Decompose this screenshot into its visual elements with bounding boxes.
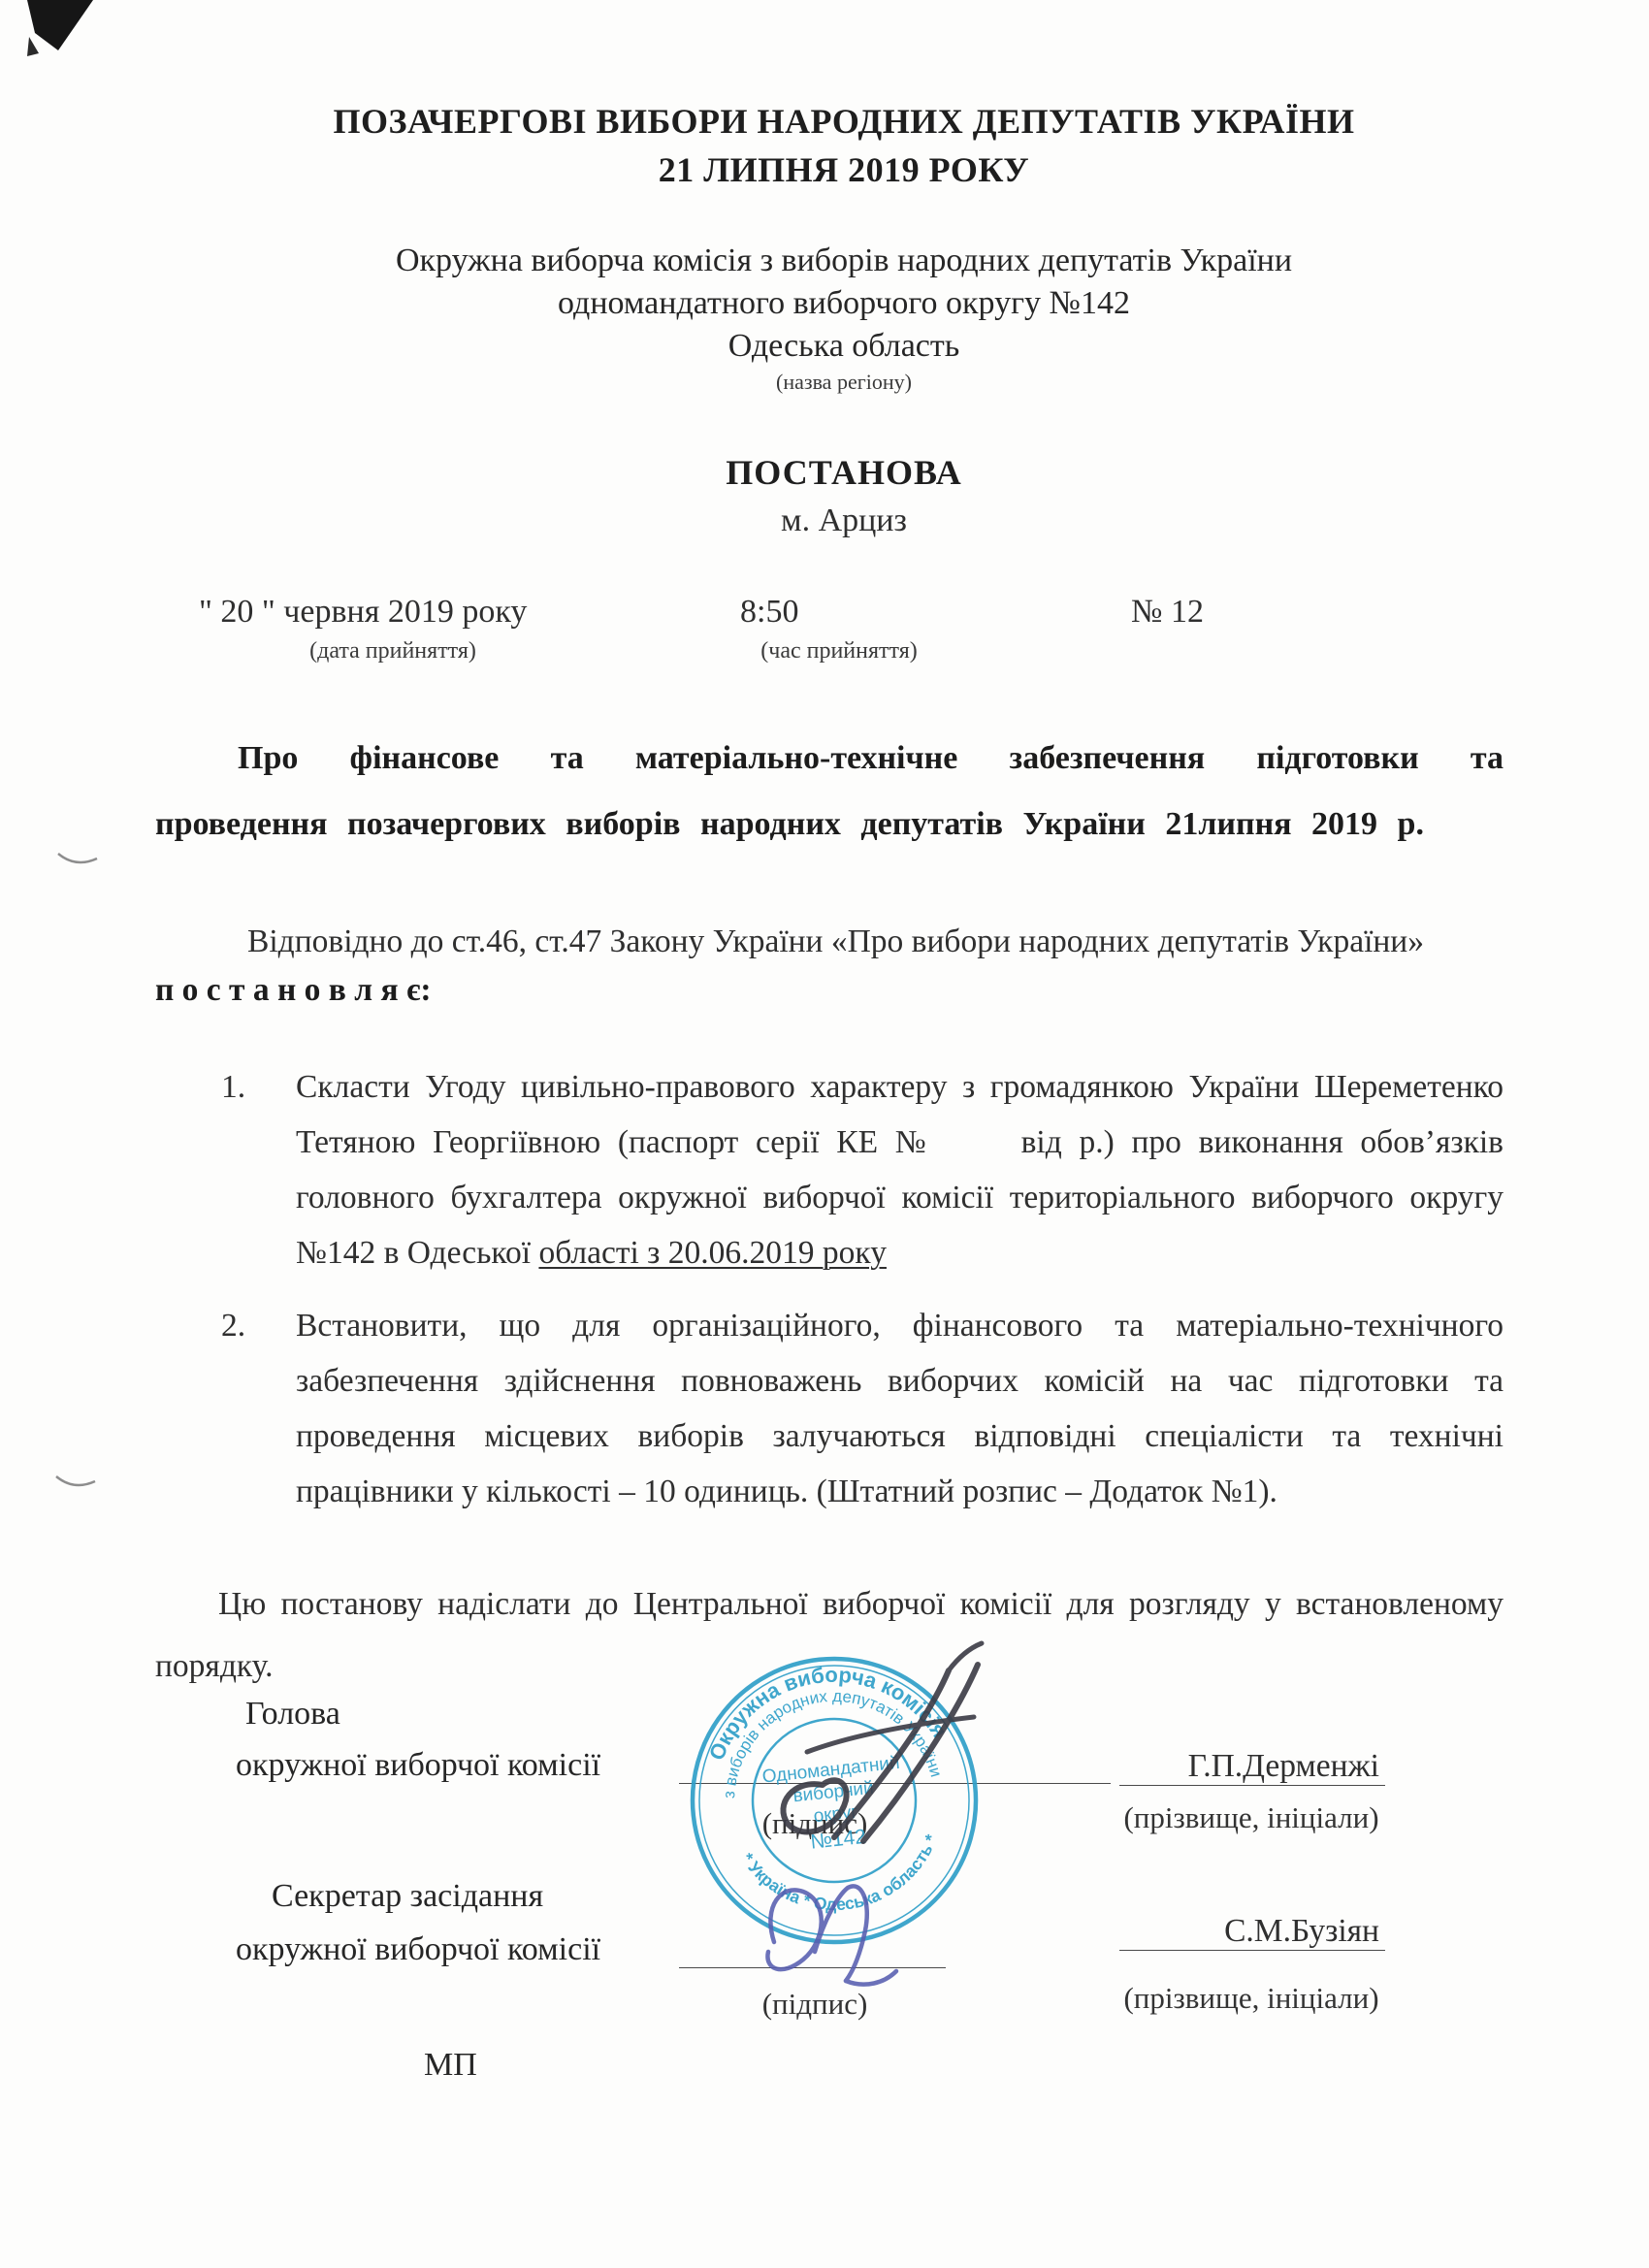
secretary-name-caption: (прізвище, ініціали) [1115, 1981, 1387, 2016]
document-type: ПОСТАНОВА [58, 452, 1630, 493]
seal-place-mark: МП [424, 2047, 477, 2084]
item-number: 2. [221, 1298, 245, 1353]
item-text: Скласти Угоду цивільно-правового характе… [296, 1059, 1503, 1280]
secretary-role-line2: окружної виборчої комісії [236, 1931, 600, 1968]
region-caption: (назва регіону) [58, 368, 1630, 397]
head-name-caption: (прізвище, ініціали) [1117, 1800, 1385, 1835]
stamp-ring-text-bottom: * Україна * Одеська область * [736, 1830, 948, 1924]
head-role-line1: Голова [245, 1696, 340, 1733]
resolution-item-2: 2.Встановити, що для організаційного, фі… [155, 1298, 1503, 1519]
secretary-name: С.М.Бузіян [1119, 1913, 1385, 1951]
secretary-role-line1: Секретар засідання [272, 1878, 543, 1915]
secretary-signature-line [679, 1940, 946, 1968]
resolution-items: 1.Скласти Угоду цивільно-правового харак… [155, 1059, 1503, 1519]
election-title-line2: 21 ЛИПНЯ 2019 РОКУ [58, 146, 1630, 194]
adoption-time-caption: (час прийняття) [723, 638, 955, 664]
resolution-item-1: 1.Скласти Угоду цивільно-правового харак… [155, 1059, 1503, 1280]
head-role-line2: окружної виборчої комісії [236, 1747, 600, 1784]
document-city: м. Арциз [58, 502, 1630, 539]
head-signature-line [679, 1756, 1111, 1784]
adoption-date: " 20 " червня 2019 року [199, 594, 527, 631]
preamble: Відповідно до ст.46, ст.47 Закону Україн… [155, 914, 1503, 969]
commission-name-line1: Окружна виборча комісія з виборів народн… [58, 240, 1630, 282]
election-title: ПОЗАЧЕРГОВІ ВИБОРИ НАРОДНИХ ДЕПУТАТІВ УК… [58, 97, 1630, 194]
adoption-time: 8:50 [740, 594, 798, 631]
item-number: 1. [221, 1059, 245, 1115]
scan-artifact-corner [27, 0, 93, 56]
resolves-word: п о с т а н о в л я є: [155, 972, 1503, 1009]
commission-header: Окружна виборча комісія з виборів народн… [58, 240, 1630, 397]
svg-text:* Україна * Одеська область *: * Україна * Одеська область * [736, 1830, 948, 1924]
closing-paragraph: Цю постанову надіслати до Центральної ви… [155, 1573, 1503, 1698]
document-subject: Про фінансове та матеріально-технічне за… [155, 726, 1503, 858]
head-sign-caption: (підпис) [718, 1806, 912, 1841]
head-name: Г.П.Дерменжі [1119, 1748, 1385, 1786]
document-page: ПОЗАЧЕРГОВІ ВИБОРИ НАРОДНИХ ДЕПУТАТІВ УК… [0, 0, 1649, 2268]
commission-name-line2: одномандатного виборчого округу №142 [58, 282, 1630, 325]
scan-artifact-curve-2 [56, 1476, 95, 1485]
secretary-handwritten-signature [767, 1886, 896, 1984]
region-name: Одеська область [58, 325, 1630, 368]
election-title-line1: ПОЗАЧЕРГОВІ ВИБОРИ НАРОДНИХ ДЕПУТАТІВ УК… [58, 97, 1630, 146]
secretary-sign-caption: (підпис) [698, 1987, 931, 2022]
item-text: Встановити, що для організаційного, фіна… [296, 1298, 1503, 1519]
document-number: № 12 [1131, 594, 1204, 631]
adoption-date-caption: (дата прийняття) [247, 638, 538, 664]
scan-artifact-curve-1 [58, 854, 97, 862]
